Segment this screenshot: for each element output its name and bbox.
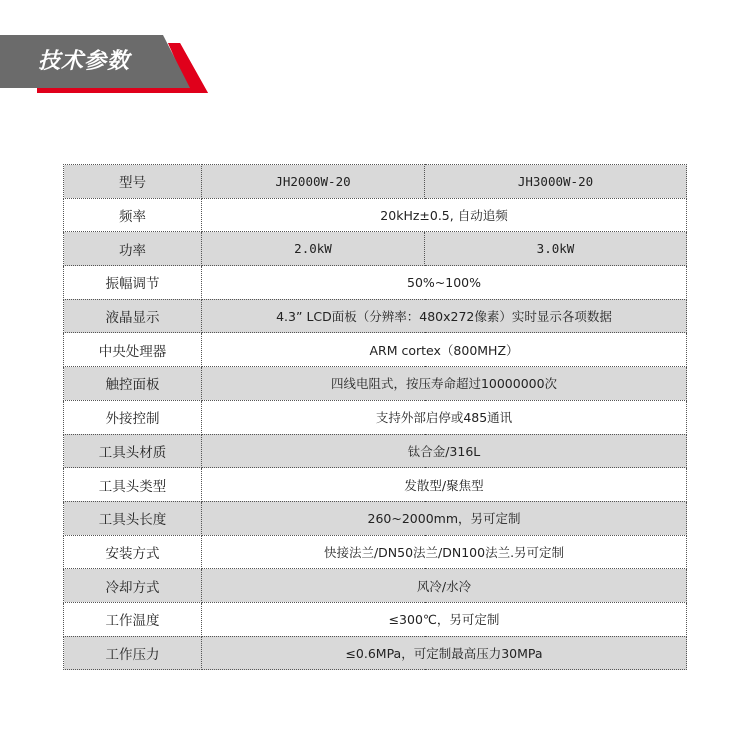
row-value: ≤300℃，另可定制 <box>202 602 687 636</box>
row-value: 支持外部启停或485通讯 <box>202 400 687 434</box>
table-row: 工具头类型 发散型/聚焦型 <box>64 468 687 502</box>
table-row: 振幅调节 50%~100% <box>64 266 687 300</box>
row-label: 功率 <box>64 232 202 266</box>
row-value: 3.0kW <box>425 232 687 266</box>
table-row: 型号 JH2000W-20 JH3000W-20 <box>64 165 687 199</box>
row-label: 频率 <box>64 198 202 232</box>
row-label: 工作压力 <box>64 636 202 670</box>
table-row: 冷却方式 风冷/水冷 <box>64 569 687 603</box>
row-label: 工具头长度 <box>64 501 202 535</box>
table-row: 频率 20kHz±0.5, 自动追频 <box>64 198 687 232</box>
table-row: 触控面板 四线电阻式，按压寿命超过10000000次 <box>64 367 687 401</box>
table-row: 工作压力 ≤0.6MPa，可定制最高压力30MPa <box>64 636 687 670</box>
row-value: 钛合金/316L <box>202 434 687 468</box>
section-title: 技术参数 <box>38 44 130 75</box>
spec-table: 型号 JH2000W-20 JH3000W-20 频率 20kHz±0.5, 自… <box>63 164 687 670</box>
model-1: JH2000W-20 <box>202 165 425 199</box>
row-label: 外接控制 <box>64 400 202 434</box>
table-row: 工具头材质 钛合金/316L <box>64 434 687 468</box>
table-row: 工具头长度 260~2000mm，另可定制 <box>64 501 687 535</box>
row-label: 型号 <box>64 165 202 199</box>
row-label: 冷却方式 <box>64 569 202 603</box>
row-value: ARM cortex（800MHZ） <box>202 333 687 367</box>
section-banner: 技术参数 <box>0 0 750 100</box>
table-row: 液晶显示 4.3” LCD面板（分辨率：480x272像素）实时显示各项数据 <box>64 299 687 333</box>
table-row: 中央处理器 ARM cortex（800MHZ） <box>64 333 687 367</box>
row-value: 四线电阻式，按压寿命超过10000000次 <box>202 367 687 401</box>
table-row: 外接控制 支持外部启停或485通讯 <box>64 400 687 434</box>
row-value: 260~2000mm，另可定制 <box>202 501 687 535</box>
row-value: 发散型/聚焦型 <box>202 468 687 502</box>
row-value: 2.0kW <box>202 232 425 266</box>
row-value: 风冷/水冷 <box>202 569 687 603</box>
row-label: 工具头材质 <box>64 434 202 468</box>
row-label: 振幅调节 <box>64 266 202 300</box>
model-2: JH3000W-20 <box>425 165 687 199</box>
row-label: 工具头类型 <box>64 468 202 502</box>
table-row: 安装方式 快接法兰/DN50法兰/DN100法兰.另可定制 <box>64 535 687 569</box>
table-row: 功率 2.0kW 3.0kW <box>64 232 687 266</box>
row-label: 中央处理器 <box>64 333 202 367</box>
row-value: 4.3” LCD面板（分辨率：480x272像素）实时显示各项数据 <box>202 299 687 333</box>
table-row: 工作温度 ≤300℃，另可定制 <box>64 602 687 636</box>
row-value: 快接法兰/DN50法兰/DN100法兰.另可定制 <box>202 535 687 569</box>
row-value: 20kHz±0.5, 自动追频 <box>202 198 687 232</box>
row-label: 触控面板 <box>64 367 202 401</box>
row-label: 安装方式 <box>64 535 202 569</box>
row-value: 50%~100% <box>202 266 687 300</box>
row-label: 液晶显示 <box>64 299 202 333</box>
row-label: 工作温度 <box>64 602 202 636</box>
row-value: ≤0.6MPa，可定制最高压力30MPa <box>202 636 687 670</box>
